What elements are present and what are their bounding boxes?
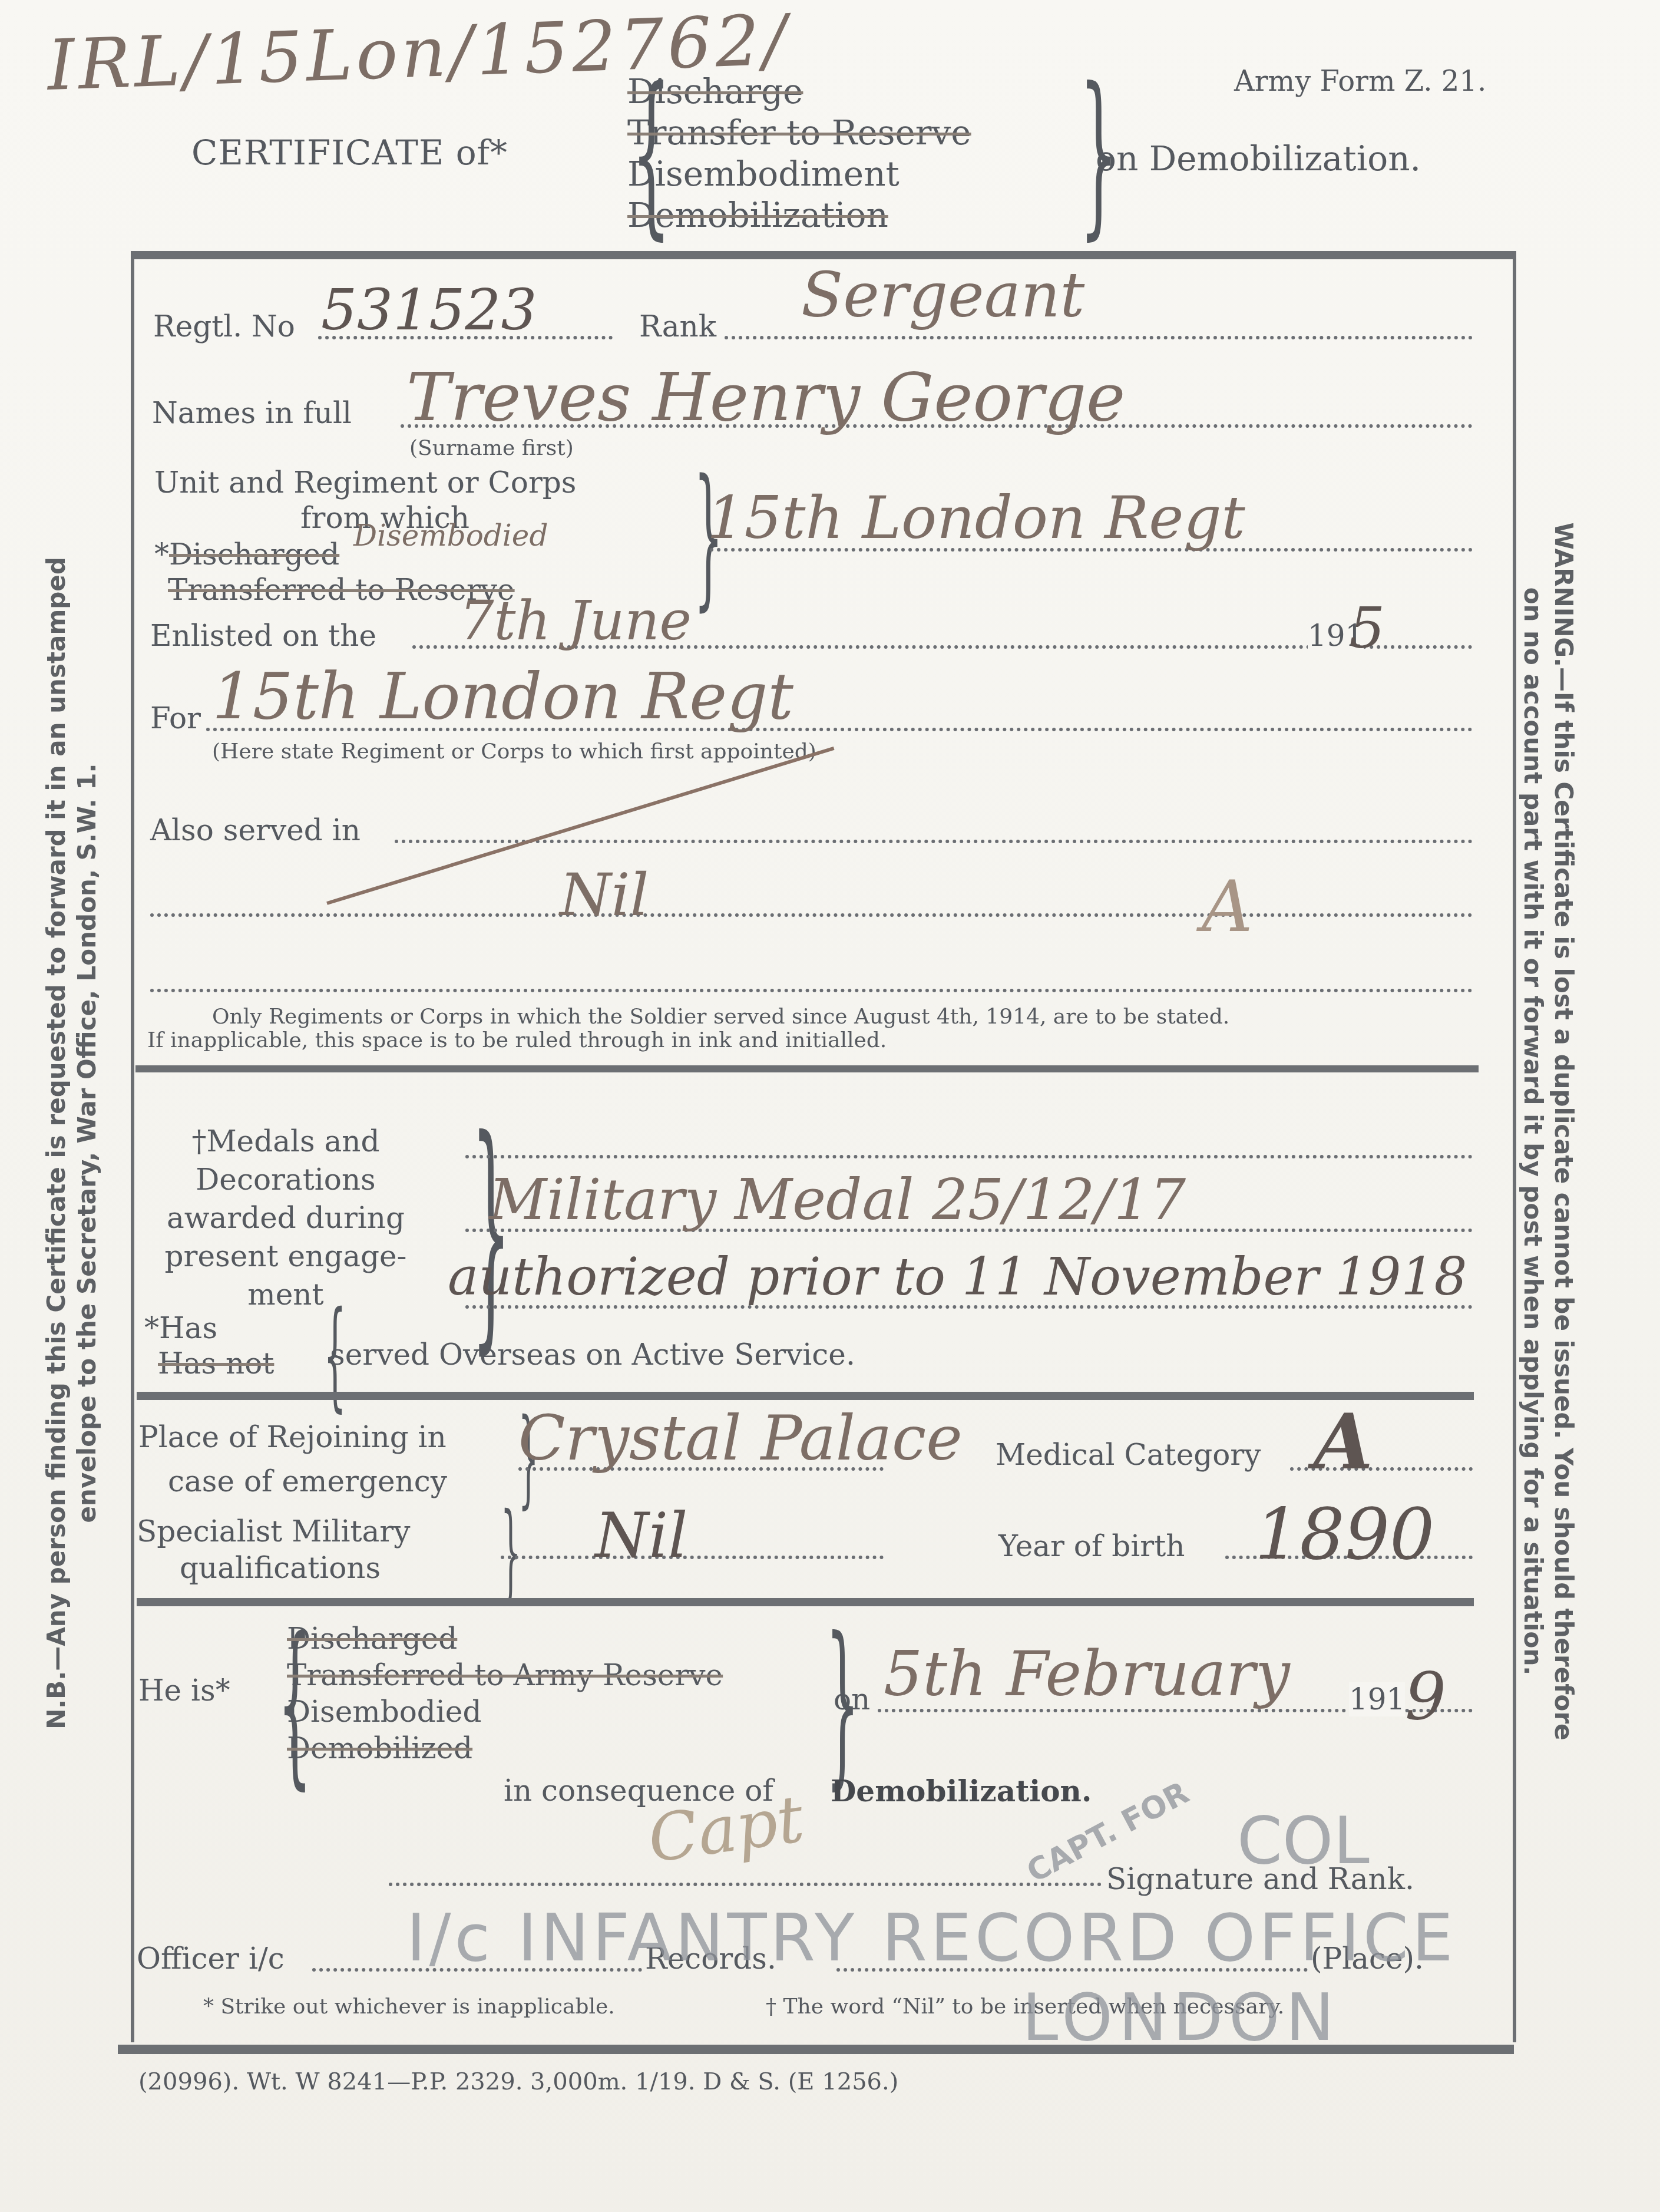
left-margin-line-1: N.B.—Any person finding this Certificate… (41, 253, 72, 2033)
medals-label-line: ment (141, 1276, 430, 1314)
footnote-strike-out: * Strike out whichever is inapplicable. (203, 1995, 615, 2019)
right-margin-line-2: on no account part with it or forward it… (1517, 247, 1548, 2015)
medals-line-1 (465, 1155, 1473, 1158)
certificate-title: CERTIFICATE of* (191, 133, 508, 173)
left-margin-notice: N.B.—Any person finding this Certificate… (41, 253, 102, 2033)
names-note: (Surname first) (409, 436, 574, 460)
option-disembodiment: Disembodiment (627, 153, 971, 194)
medals-value-line-1: Military Medal 25/12/17 (489, 1167, 1186, 1233)
year-of-birth-label: Year of birth (998, 1529, 1185, 1563)
status-options: Discharged Transferred to Army Reserve D… (287, 1620, 723, 1767)
status-option-transferred: Transferred to Army Reserve (287, 1657, 723, 1693)
section-rule-1 (135, 1065, 1479, 1072)
form-number: Army Form Z. 21. (1234, 65, 1486, 98)
stamp-record-office: I/c INFANTRY RECORD OFFICE (406, 1900, 1456, 1976)
enlisted-year-suffix: 5 (1349, 595, 1385, 661)
rejoining-value: Crystal Palace (518, 1402, 963, 1474)
year-of-birth-value: 1890 (1255, 1494, 1434, 1576)
signature-line (389, 1883, 1102, 1886)
option-demobilization: Demobilization (627, 194, 971, 236)
medals-label: †Medals and Decorations awarded during p… (141, 1122, 430, 1314)
overseas-option-has-not: Has not (158, 1346, 274, 1381)
option-discharge: Discharge (627, 71, 971, 112)
status-option-disembodied: Disembodied (287, 1693, 723, 1730)
status-option-discharged: Discharged (287, 1620, 723, 1657)
also-served-label: Also served in (150, 813, 361, 847)
signature-label: Signature and Rank. (1106, 1862, 1414, 1896)
also-served-note-1: Only Regiments or Corps in which the Sol… (212, 1005, 1229, 1029)
left-margin-line-2: envelope to the Secretary, War Office, L… (72, 253, 102, 2033)
unit-discharged-text: Discharged (169, 537, 339, 572)
certificate-type-options: Discharge Transfer to Reserve Disembodim… (627, 71, 971, 236)
status-label: He is* (138, 1673, 230, 1708)
unit-label-line-1: Unit and Regiment or Corps (154, 465, 576, 500)
right-margin-line-1: WARNING.—If this Certificate is lost a d… (1548, 247, 1579, 2015)
rank-label: Rank (639, 309, 716, 344)
for-note: (Here state Regiment or Corps to which f… (212, 739, 816, 764)
rejoining-label-line-2: case of emergency (168, 1464, 447, 1498)
medals-value-line-2: authorized prior to 11 November 1918 (448, 1246, 1467, 1307)
unit-option-discharged: *Discharged (154, 537, 339, 572)
rank-line (725, 336, 1473, 339)
option-transfer-to-reserve: Transfer to Reserve (627, 112, 971, 153)
enlisted-label: Enlisted on the (150, 619, 376, 653)
status-year-suffix: 9 (1405, 1659, 1446, 1734)
specialist-value: Nil (595, 1500, 688, 1571)
also-served-value: Nil (560, 860, 649, 929)
also-served-line-3 (150, 989, 1473, 992)
right-margin-warning: WARNING.—If this Certificate is lost a d… (1517, 247, 1579, 2015)
printer-imprint: (20996). Wt. W 8241—P.P. 2329. 3,000m. 1… (138, 2068, 898, 2095)
status-on-label: on (834, 1682, 870, 1716)
stamp-london: LONDON (1022, 1980, 1340, 2055)
specialist-label-line-1: Specialist Military (137, 1514, 411, 1549)
specialist-line (501, 1556, 884, 1559)
also-served-note-2: If inapplicable, this space is to be rul… (147, 1028, 887, 1052)
specialist-label-line-2: qualifications (180, 1551, 381, 1585)
title-suffix: on Demobilization. (1096, 138, 1421, 179)
status-option-demobilized: Demobilized (287, 1730, 723, 1767)
status-year-prefix: 191 (1349, 1682, 1405, 1716)
rejoining-label-line-1: Place of Rejoining in (138, 1420, 447, 1454)
also-served-initial: A (1202, 866, 1253, 948)
officer-label: Officer i/c (137, 1942, 285, 1976)
enlisted-value: 7th June (459, 589, 692, 652)
specialist-brace: } (501, 1500, 521, 1606)
section-rule-3 (137, 1598, 1474, 1606)
rank-value: Sergeant (801, 259, 1084, 331)
frame-top-rule (131, 251, 1513, 259)
star-marker: * (154, 537, 169, 572)
medical-category-label: Medical Category (996, 1438, 1261, 1472)
regtl-no-label: Regtl. No (153, 309, 295, 344)
names-value: Treves Henry George (406, 359, 1125, 436)
overseas-text: served Overseas on Active Service. (330, 1338, 855, 1372)
consequence-value: Demobilization. (831, 1774, 1092, 1808)
regtl-no-value: 531523 (321, 277, 537, 343)
also-served-line-2 (150, 913, 1473, 917)
medals-label-line: †Medals and (141, 1122, 430, 1161)
medals-label-line: awarded during (141, 1199, 430, 1237)
unit-value: 15th London Regt (707, 483, 1245, 552)
also-served-line-1 (395, 840, 1473, 843)
medals-label-line: Decorations (141, 1161, 430, 1199)
medals-label-line: present engage- (141, 1237, 430, 1276)
unit-handwritten-option: Disembodied (353, 519, 548, 553)
for-value: 15th London Regt (212, 660, 793, 734)
status-date-value: 5th February (884, 1638, 1290, 1710)
section-rule-2 (137, 1392, 1474, 1400)
names-label: Names in full (152, 396, 352, 430)
for-label: For (150, 701, 201, 735)
medical-category-value: A (1314, 1396, 1373, 1487)
overseas-option-has: *Has (144, 1311, 217, 1345)
